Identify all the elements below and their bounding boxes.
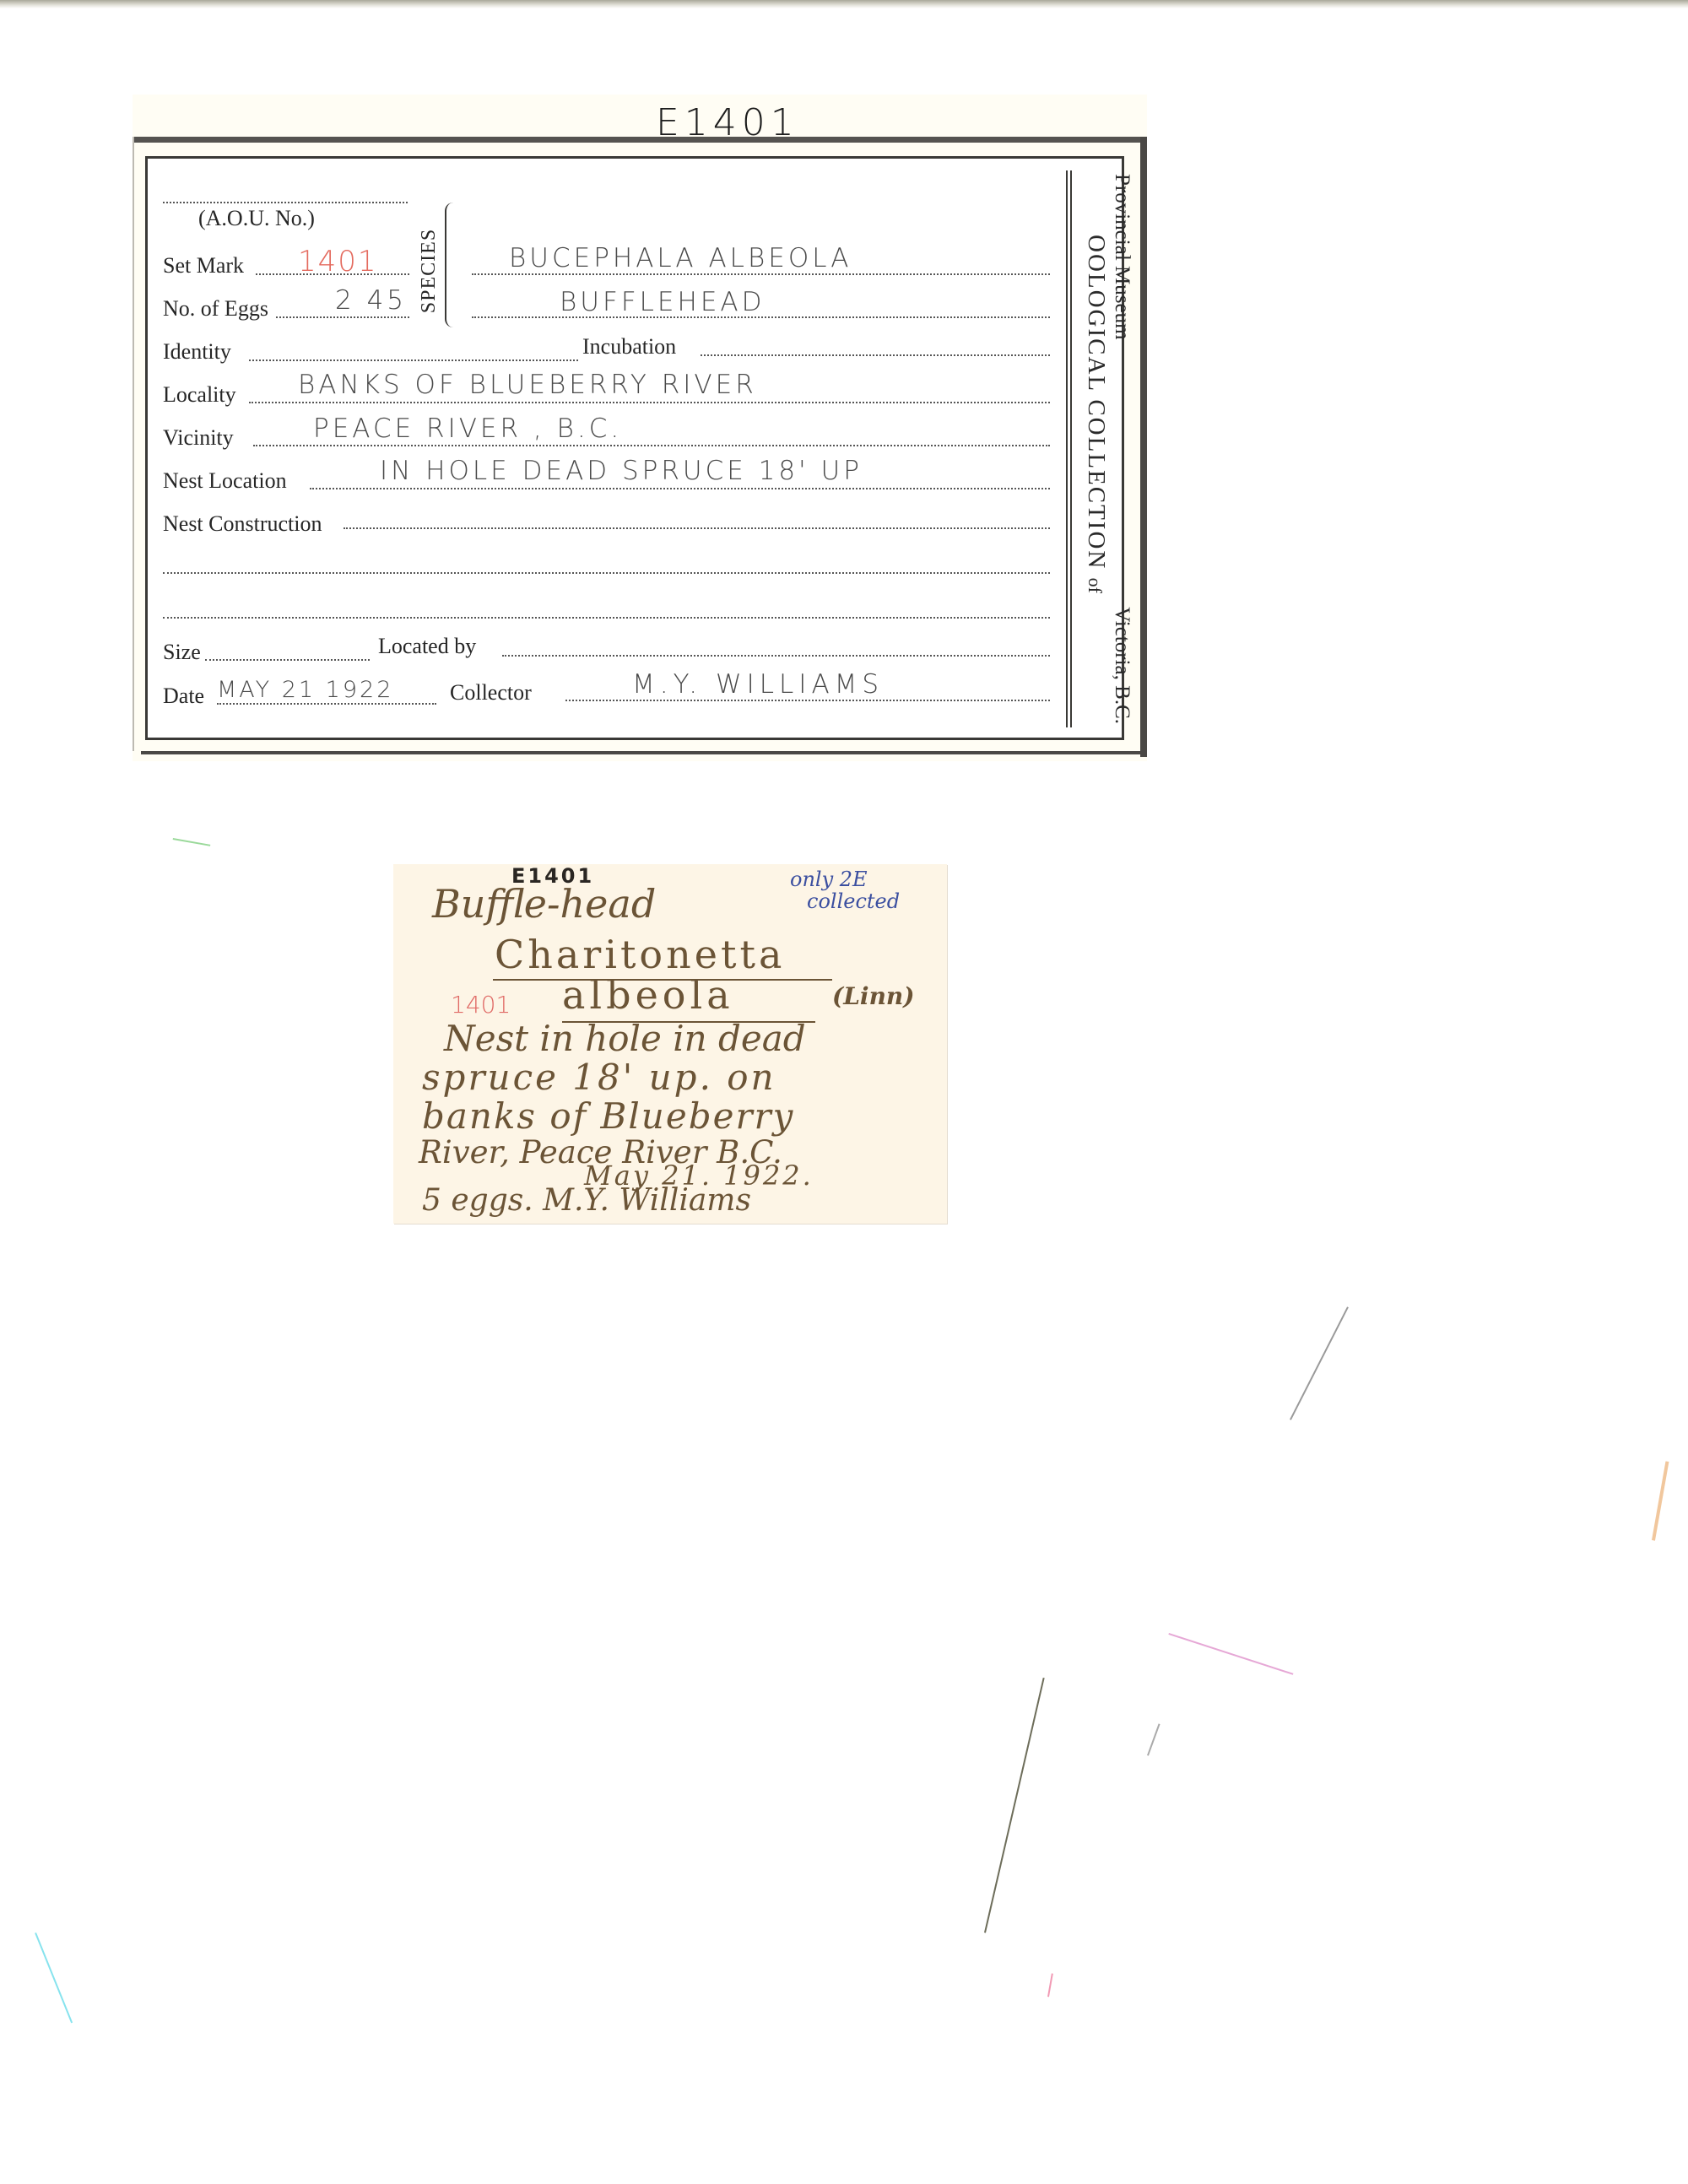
nest-construction-line — [344, 527, 1050, 529]
label-line-1: Nest in hole in dead — [444, 1018, 806, 1059]
nest-location-label: Nest Location — [163, 468, 287, 494]
vicinity-label: Vicinity — [163, 425, 234, 451]
label-note-line-1: only 2E — [790, 868, 868, 891]
scan-scratch — [35, 1933, 73, 2023]
label-line-3: banks of Blueberry — [422, 1095, 794, 1137]
locality-label: Locality — [163, 382, 236, 408]
label-line-2: spruce 18' up. on — [422, 1057, 776, 1098]
nest-construction-line-3 — [163, 617, 1050, 619]
eggs-value: 2 45 — [335, 285, 407, 316]
label-set-mark: 1401 — [451, 991, 511, 1019]
set-mark-label: Set Mark — [163, 253, 244, 278]
nest-location-value: IN HOLE DEAD SPRUCE 18' UP — [380, 456, 863, 486]
scan-scratch — [173, 838, 211, 846]
oological-data-card: E1401 (A.O.U. No.) Set Mark 1401 No. of … — [133, 95, 1147, 761]
scan-scratch — [1047, 1973, 1053, 1997]
collector-line — [565, 700, 1050, 701]
collector-label: Collector — [450, 680, 532, 705]
card-border-bottom — [141, 751, 1147, 754]
located-by-line — [502, 655, 1050, 657]
collection-title: OOLOGICAL COLLECTION of — [1082, 235, 1110, 593]
aou-label: (A.O.U. No.) — [198, 206, 315, 231]
label-line-6: 5 eggs. M.Y. Williams — [422, 1183, 751, 1218]
card-border-top — [133, 137, 1147, 143]
date-value: MAY 21 1922 — [217, 677, 393, 703]
side-band-rule — [1066, 170, 1072, 727]
handwritten-label-card: E1401 Buffle-head only 2E collected Char… — [393, 864, 947, 1224]
located-by-label: Located by — [378, 634, 476, 659]
aou-field-line — [163, 202, 408, 203]
form-frame: (A.O.U. No.) Set Mark 1401 No. of Eggs 2… — [145, 156, 1124, 740]
identity-line — [249, 359, 578, 361]
size-line — [205, 659, 370, 661]
scan-scratch — [1147, 1723, 1160, 1755]
locality-value: BANKS OF BLUEBERRY RIVER — [298, 370, 757, 400]
label-common-name: Buffle-head — [432, 881, 656, 927]
label-genus: Charitonetta — [495, 932, 785, 977]
date-label: Date — [163, 684, 204, 709]
incubation-label: Incubation — [582, 334, 676, 359]
scan-scratch — [1168, 1633, 1293, 1675]
collector-value: M.Y. WILLIAMS — [632, 669, 884, 700]
museum-name: Provincial Museum — [1110, 174, 1133, 340]
scan-scratch — [984, 1678, 1045, 1933]
identity-label: Identity — [163, 339, 231, 365]
locality-line — [249, 402, 1050, 403]
eggs-line — [276, 316, 409, 318]
species-brace — [445, 203, 458, 327]
museum-location: Victoria, B.C. — [1110, 607, 1133, 724]
vicinity-value: PEACE RIVER , B.C. — [313, 414, 622, 444]
card-border-right — [1140, 137, 1147, 757]
eggs-label: No. of Eggs — [163, 296, 268, 322]
nest-construction-label: Nest Construction — [163, 511, 322, 537]
size-label: Size — [163, 640, 201, 665]
card-border-left — [133, 137, 134, 751]
species-scientific-value: BUCEPHALA ALBEOLA — [509, 243, 852, 273]
incubation-line — [701, 354, 1050, 356]
nest-location-line — [310, 488, 1050, 489]
scan-scratch — [1652, 1461, 1669, 1540]
date-line — [217, 703, 436, 705]
species-common-value: BUFFLEHEAD — [560, 287, 765, 317]
set-mark-value: 1401 — [298, 245, 378, 278]
label-species: albeola — [562, 972, 734, 1018]
label-authority: (Linn) — [832, 982, 915, 1010]
species-scientific-line — [472, 273, 1050, 275]
scan-scratch — [1290, 1306, 1349, 1420]
label-note-line-2: collected — [807, 889, 900, 913]
vicinity-line — [253, 445, 1050, 446]
nest-construction-line-2 — [163, 572, 1050, 574]
institution-band: Provincial Museum Victoria, B.C. OOLOGIC… — [1074, 167, 1130, 733]
scan-edge — [0, 0, 1688, 8]
